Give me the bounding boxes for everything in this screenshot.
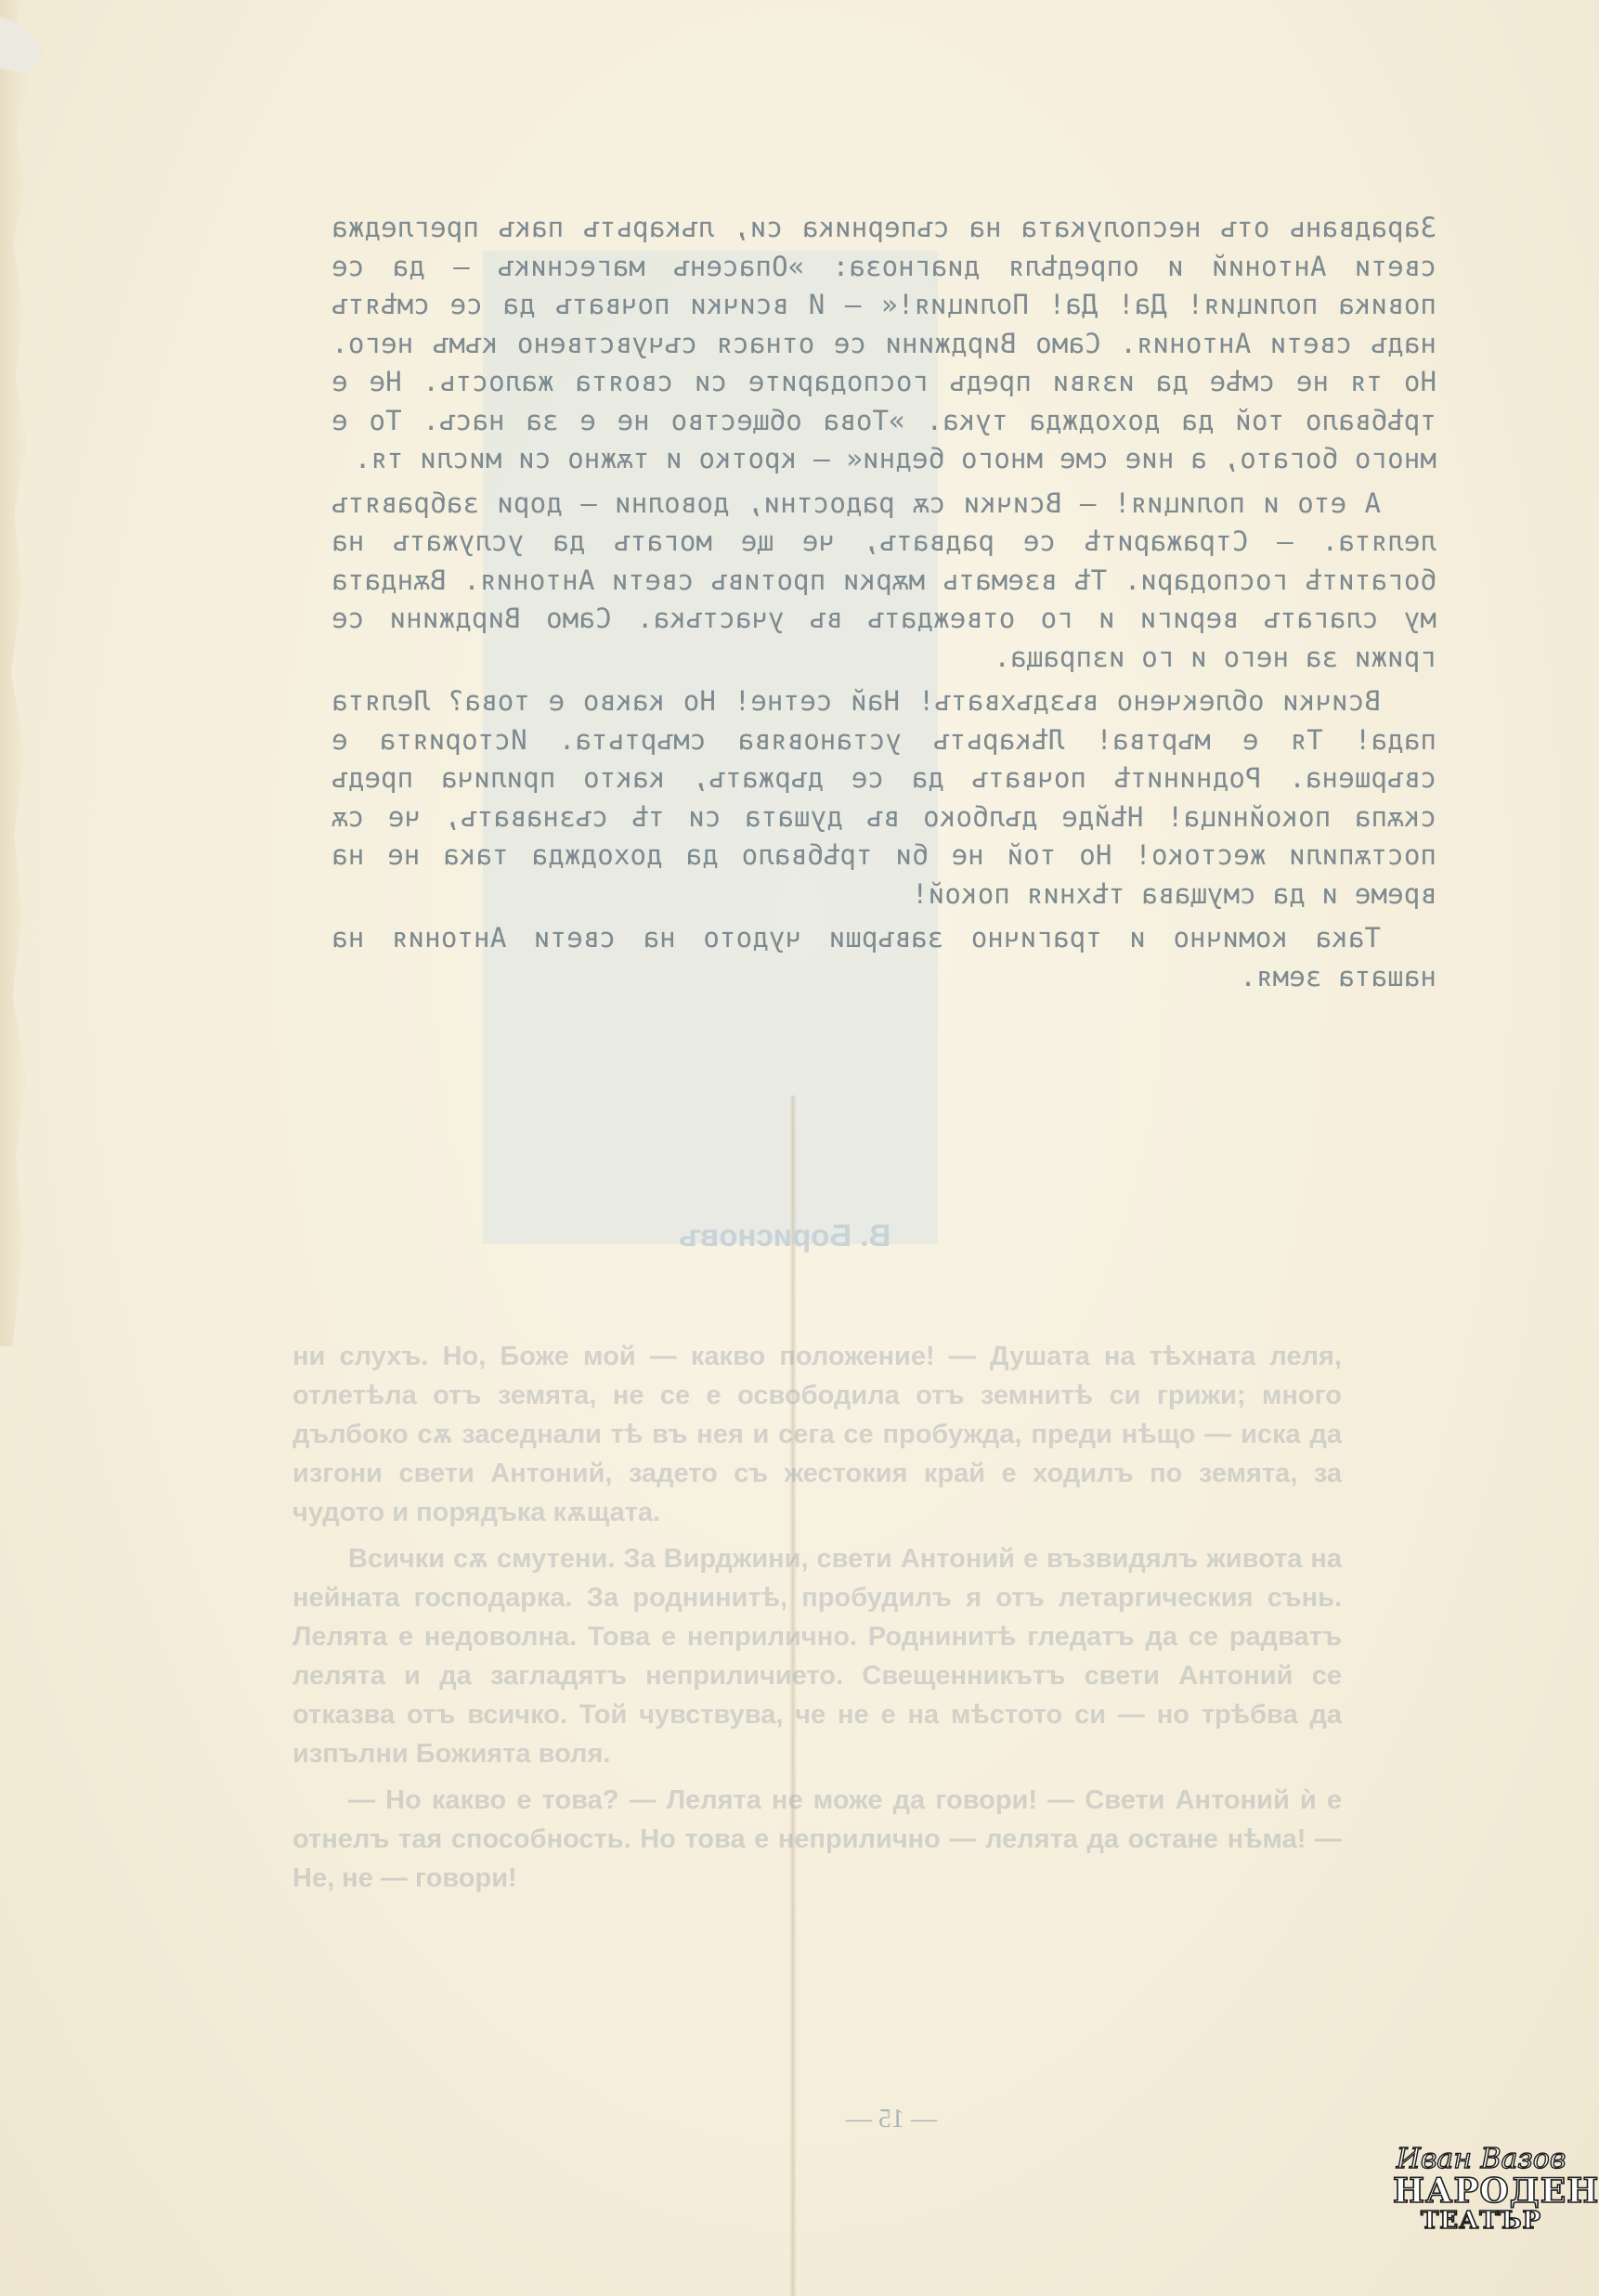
- scanned-page: Зарадвань отъ несполуката на съперника с…: [0, 0, 1599, 2296]
- logo-script: Иван Вазов: [1393, 2145, 1569, 2174]
- ghost-paragraph-1: ни слухъ. Но, Боже мой — какво положение…: [292, 1337, 1342, 1532]
- paragraph-1: Зарадвань отъ несполуката на съперника с…: [331, 209, 1436, 479]
- paragraph-2: А ето и полиция! — Всички сѫ радостни, д…: [331, 485, 1436, 678]
- ghost-paragraph-3: — Но какво е това? — Лелята не може да г…: [292, 1781, 1342, 1898]
- paragraph-4: Така комично и трагично завърши чудото н…: [331, 919, 1436, 996]
- page-number: — 15 —: [817, 2105, 966, 2134]
- ghost-paragraph-2: Всички сѫ смутени. За Вирджини, свети Ан…: [292, 1539, 1342, 1773]
- mirrored-main-text: Зарадвань отъ несполуката на съперника с…: [331, 209, 1436, 996]
- paragraph-3: Всички облекчено въздъхватъ! Най сетне! …: [331, 682, 1436, 914]
- author-signature: В. Борисновъ: [627, 1218, 942, 1253]
- torn-left-edge: [0, 0, 32, 1346]
- logo-line-1: НАРОДЕН: [1393, 2174, 1569, 2208]
- show-through-text: ни слухъ. Но, Боже мой — какво положение…: [292, 1337, 1342, 1905]
- national-theatre-logo: Иван Вазов НАРОДЕН ТЕАТЪР: [1393, 2145, 1569, 2234]
- logo-line-2: ТЕАТЪР: [1393, 2208, 1569, 2234]
- torn-paper-flap: [0, 17, 44, 74]
